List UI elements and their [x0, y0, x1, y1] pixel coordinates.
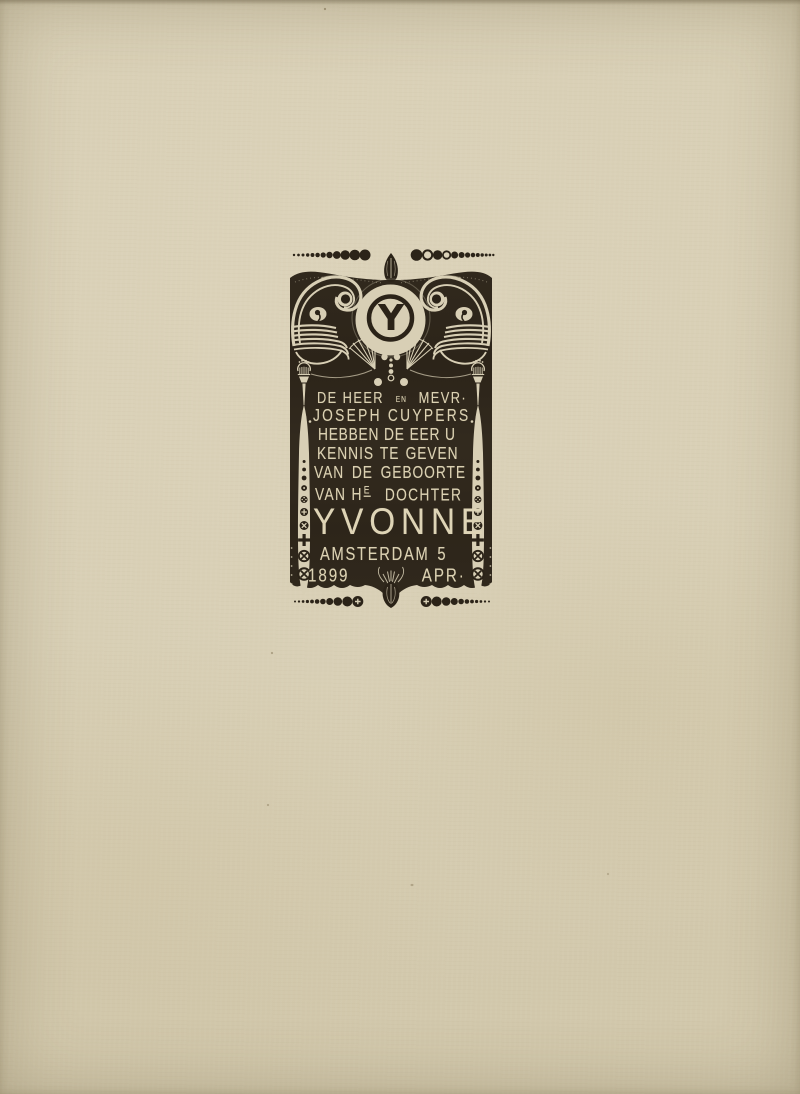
line-joseph-cuypers: JOSEPH CUYPERS	[313, 408, 469, 426]
line1-small-en: en	[396, 394, 407, 407]
year-1899: 1899	[308, 566, 349, 586]
line-van-de-geboorte: VAN DE GEBOORTE	[314, 465, 466, 483]
line1-right: MEVR·	[419, 390, 467, 407]
line6-sup: E	[364, 484, 371, 496]
day-number: 5	[437, 546, 447, 566]
line-heer-en-mevr: DE HEER en MEVR·	[317, 390, 467, 407]
line1-left: DE HEER	[317, 390, 384, 407]
line-kennis-te-geven: KENNIS TE GEVEN	[317, 446, 459, 464]
line-hebben-de-eer-u: HEBBEN DE EER U	[318, 427, 456, 445]
line-place-day: AMSTERDAM 5	[320, 546, 447, 566]
name-yvonne: YVONNE	[313, 501, 489, 544]
place-amsterdam: AMSTERDAM	[320, 546, 429, 566]
month-apr: APR·	[422, 566, 466, 586]
announcement-text: DE HEER en MEVR· JOSEPH CUYPERS HEBBEN D…	[287, 248, 497, 610]
birth-announcement-print: Y	[287, 248, 497, 610]
line-year-month: 1899 APR·	[308, 566, 466, 586]
